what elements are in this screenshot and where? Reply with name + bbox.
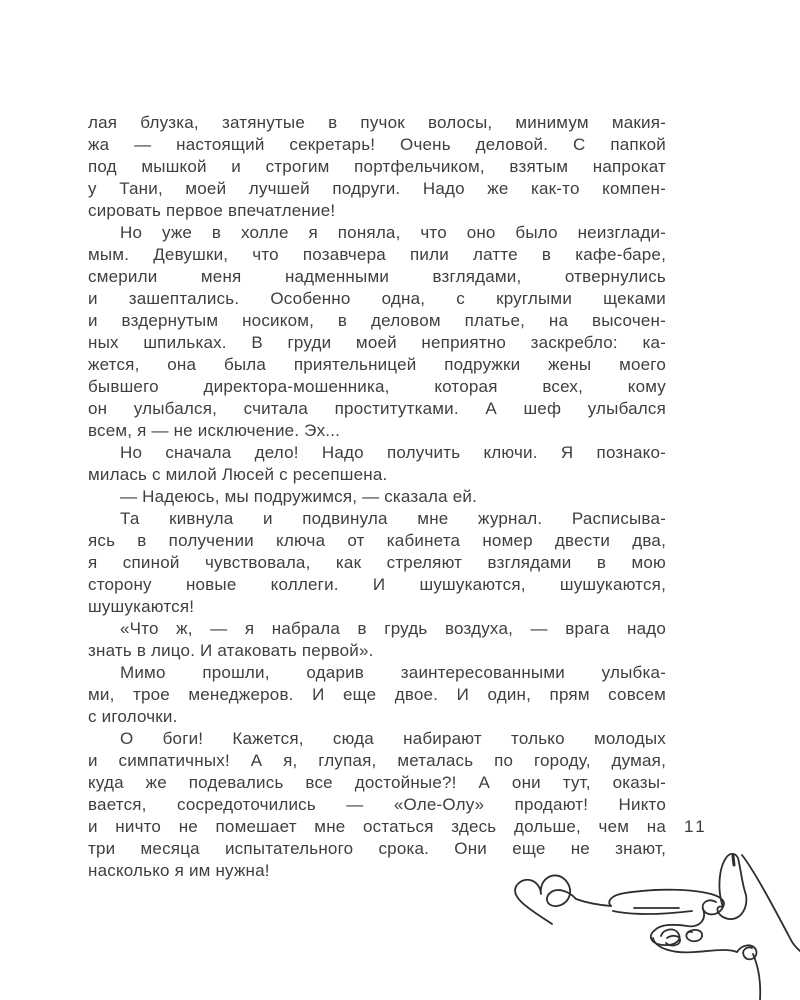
paragraph: Мимо прошли, одарив заинтересованными ул… — [88, 662, 666, 728]
book-page: лая блузка, затянутые в пучок волосы, ми… — [0, 0, 800, 1000]
text-line: Но сначала дело! Надо получить ключи. Я … — [88, 442, 666, 464]
page-number: 11 — [684, 817, 708, 837]
text-line: он улыбался, считала проститутками. А ше… — [88, 398, 666, 420]
text-line: Та кивнула и подвинула мне журнал. Распи… — [88, 508, 666, 530]
text-line: — Надеюсь, мы подружимся, — сказала ей. — [88, 486, 666, 508]
text-line: жа — настоящий секретарь! Очень деловой.… — [88, 134, 666, 156]
text-line: жется, она была приятельницей подружки ж… — [88, 354, 666, 376]
text-line: с иголочки. — [88, 706, 666, 728]
hand-finger-gun-heart-line-art-icon — [495, 848, 800, 1000]
text-line: и зашептались. Особенно одна, с круглыми… — [88, 288, 666, 310]
text-line: шушукаются! — [88, 596, 666, 618]
paragraph: лая блузка, затянутые в пучок волосы, ми… — [88, 112, 666, 222]
text-line: у Тани, моей лучшей подруги. Надо же как… — [88, 178, 666, 200]
text-line: и симпатичных! А я, глупая, металась по … — [88, 750, 666, 772]
paragraph: Та кивнула и подвинула мне журнал. Распи… — [88, 508, 666, 618]
text-line: сторону новые коллеги. И шушукаются, шуш… — [88, 574, 666, 596]
text-line: О боги! Кажется, сюда набирают только мо… — [88, 728, 666, 750]
paragraph: — Надеюсь, мы подружимся, — сказала ей. — [88, 486, 666, 508]
text-line: сировать первое впечатление! — [88, 200, 666, 222]
paragraph: «Что ж, — я набрала в грудь воздуха, — в… — [88, 618, 666, 662]
text-line: бывшего директора-мошенника, которая все… — [88, 376, 666, 398]
text-line: ных шпильках. В груди моей неприятно зас… — [88, 332, 666, 354]
text-line: куда же подевались все достойные?! А они… — [88, 772, 666, 794]
text-line: лая блузка, затянутые в пучок волосы, ми… — [88, 112, 666, 134]
text-block: лая блузка, затянутые в пучок волосы, ми… — [88, 112, 666, 882]
paragraph: Но сначала дело! Надо получить ключи. Я … — [88, 442, 666, 486]
text-line: и ничто не помешает мне остаться здесь д… — [88, 816, 666, 838]
text-line: под мышкой и строгим портфельчиком, взят… — [88, 156, 666, 178]
text-line: милась с милой Люсей с ресепшена. — [88, 464, 666, 486]
text-line: я спиной чувствовала, как стреляют взгля… — [88, 552, 666, 574]
text-line: ясь в получении ключа от кабинета номер … — [88, 530, 666, 552]
text-line: мым. Девушки, что позавчера пили латте в… — [88, 244, 666, 266]
text-line: «Что ж, — я набрала в грудь воздуха, — в… — [88, 618, 666, 640]
text-line: смерили меня надменными взглядами, отвер… — [88, 266, 666, 288]
text-line: всем, я — не исключение. Эх... — [88, 420, 666, 442]
text-line: и вздернутым носиком, в деловом платье, … — [88, 310, 666, 332]
text-line: Но уже в холле я поняла, что оно было не… — [88, 222, 666, 244]
text-line: Мимо прошли, одарив заинтересованными ул… — [88, 662, 666, 684]
text-line: вается, сосредоточились — «Оле-Олу» прод… — [88, 794, 666, 816]
paragraph: Но уже в холле я поняла, что оно было не… — [88, 222, 666, 442]
text-line: ми, трое менеджеров. И еще двое. И один,… — [88, 684, 666, 706]
text-line: знать в лицо. И атаковать первой». — [88, 640, 666, 662]
